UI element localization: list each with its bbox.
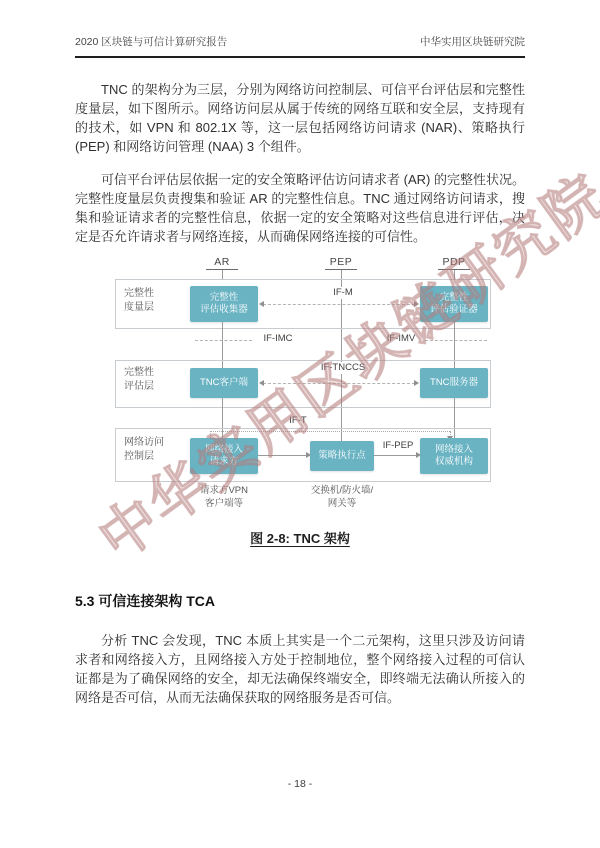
column-header-pdp: PDP: [438, 256, 470, 270]
section-heading: 5.3 可信连接架构 TCA: [75, 591, 525, 611]
layer-label-access-control: 网络访问 控制层: [124, 436, 164, 464]
arrowhead-right: [416, 452, 421, 458]
header-report-title: 2020 区块链与可信计算研究报告: [75, 34, 227, 49]
box-integrity-collector: 完整性 评估收集器: [190, 286, 258, 322]
interface-label-if-m: IF-M: [315, 287, 371, 299]
arrowhead-left: [259, 380, 264, 386]
note-switch-firewall: 交换机/防火墙/ 网关等: [292, 484, 392, 510]
body-paragraph-2: 可信平台评估层依据一定的安全策略评估访问请求者 (AR) 的完整性状况。完整性度…: [75, 170, 525, 246]
body-paragraph-3: 分析 TNC 会发现，TNC 本质上其实是一个二元架构，这里只涉及访问请求者和网…: [75, 631, 525, 707]
box-policy-enforcement-point: 策略执行点: [310, 441, 374, 471]
note-requestor-vpn: 请求方VPN 客户端等: [174, 484, 274, 510]
figure-caption: 图 2-8: TNC 架构: [75, 528, 525, 547]
box-integrity-verifier: 完整性 评估验证器: [420, 286, 488, 322]
box-network-access-requestor: 网络接入 请求方: [190, 438, 258, 474]
interface-label-if-pep: IF-PEP: [375, 440, 421, 452]
arrowhead-right: [306, 452, 311, 458]
if-tnccs-line: [263, 383, 415, 384]
connector-line: [222, 270, 223, 279]
interface-label-if-imc: IF-IMC: [255, 333, 301, 345]
arrowhead-right: [414, 301, 419, 307]
page-number: - 18 -: [0, 778, 600, 790]
if-imc-line: [195, 340, 252, 341]
if-imv-line: [425, 340, 487, 341]
document-page: 中华实用区块链研究院 2020 区块链与可信计算研究报告 中华实用区块链研究院 …: [0, 0, 600, 848]
layer-label-measurement: 完整性 度量层: [124, 287, 154, 315]
box-tnc-client: TNC客户端: [190, 368, 258, 398]
pep-to-naa-line: [374, 455, 417, 456]
arrowhead-left: [259, 301, 264, 307]
box-network-access-authority: 网络接入 权威机构: [420, 438, 488, 474]
interface-label-if-tnccs: IF-TNCCS: [307, 362, 379, 374]
body-paragraph-1: TNC 的架构分为三层，分别为网络访问控制层、可信平台评估层和完整性度量层，如下…: [75, 80, 525, 156]
box-tnc-server: TNC服务器: [420, 368, 488, 398]
layer-label-evaluation: 完整性 评估层: [124, 366, 154, 394]
arrowhead-right: [414, 380, 419, 386]
connector-line: [454, 270, 455, 279]
column-header-pep: PEP: [325, 256, 357, 270]
tnc-architecture-diagram: AR PEP PDP 完整性 度量层 完整性 评估收集器 完整性 评估验证器: [75, 254, 525, 512]
column-header-ar: AR: [206, 256, 238, 270]
if-m-line: [263, 304, 415, 305]
interface-label-if-t: IF-T: [278, 415, 318, 427]
page-header: 2020 区块链与可信计算研究报告 中华实用区块链研究院: [75, 34, 525, 58]
interface-label-if-imv: IF-IMV: [378, 333, 424, 345]
nar-to-pep-line: [258, 455, 307, 456]
page-content: TNC 的架构分为三层，分别为网络访问控制层、可信平台评估层和完整性度量层，如下…: [0, 80, 600, 707]
header-institute-name: 中华实用区块链研究院: [420, 34, 525, 49]
